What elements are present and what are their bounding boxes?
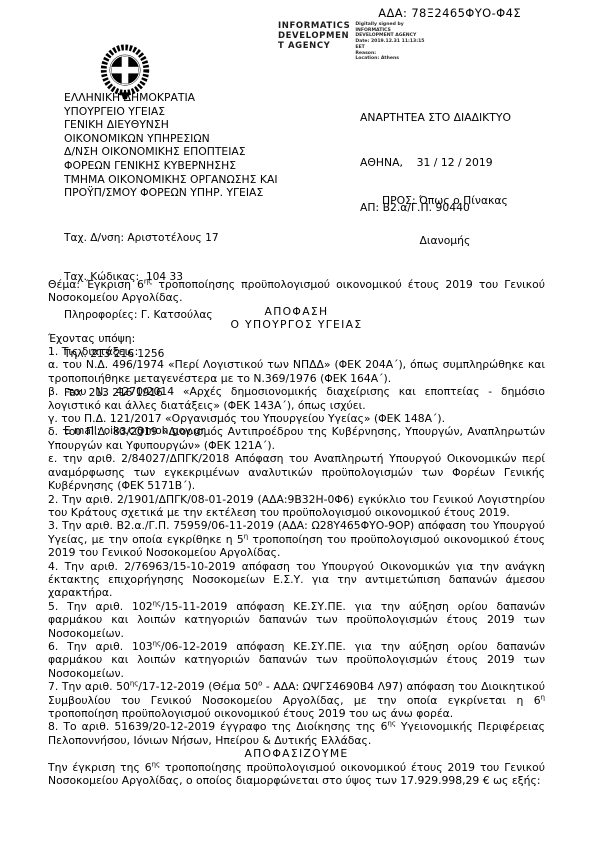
ada-code: ΑΔΑ: 78Ξ2465ΦΥΟ-Φ4Σ: [378, 6, 521, 20]
legal-subitem-a: α. του Ν.Δ. 496/1974 «Περί Λογιστικού τω…: [48, 358, 545, 385]
recipient-block: ΠΡΟΣ: Όπως ο Πίνακας Διανομής: [382, 167, 508, 274]
document-page: ΑΔΑ: 78Ξ2465ΦΥΟ-Φ4Σ INFORMATICS DEVELOPM…: [0, 0, 595, 842]
ministry-address-block: ΕΛΛΗΝΙΚΗ ΔΗΜΟΚΡΑΤΙΑ ΥΠΟΥΡΓΕΙΟ ΥΓΕΙΑΣ ΓΕΝ…: [64, 91, 278, 200]
legal-subitem-b: β. του Ν. 4270/2014 «Αρχές δημοσιονομική…: [48, 385, 545, 412]
legal-item-6: 6. Την αριθ. 103ης/06-12-2019 απόφαση ΚΕ…: [48, 640, 545, 680]
legal-item-7: 7. Την αριθ. 50ης/17-12-2019 (Θέμα 50ο -…: [48, 680, 545, 720]
digital-signature-stamp: INFORMATICS DEVELOPMEN T AGENCY Digitall…: [278, 21, 425, 62]
preamble-line: Έχοντας υπόψη:: [48, 332, 545, 345]
legal-item-1: 1. Τις διατάξεις:: [48, 345, 545, 358]
legal-subitem-e: ε. την αριθ. 2/84027/ΔΠΓΚ/2018 Απόφαση τ…: [48, 452, 545, 492]
closing-paragraph: Την έγκριση της 6ης τροποποίησης προϋπολ…: [48, 761, 545, 788]
legal-subitem-g: γ. του Π.Δ. 121/2017 «Οργανισμός του Υπο…: [48, 412, 545, 425]
recipient-line2: Διανομής: [382, 234, 508, 247]
legal-item-5: 5. Την αριθ. 102ης/15-11-2019 απόφαση ΚΕ…: [48, 600, 545, 640]
decision-heading: ΑΠΟΦΑΣΗ: [48, 305, 545, 318]
decide-heading: ΑΠΟΦΑΣΙΖΟΥΜΕ: [48, 747, 545, 760]
signature-agency-name: INFORMATICS DEVELOPMEN T AGENCY: [278, 21, 350, 62]
contact-address: Ταχ. Δ/νση: Αριστοτέλους 17: [64, 232, 219, 245]
legal-item-4: 4. Την αριθ. 2/76963/15-10-2019 απόφαση …: [48, 560, 545, 600]
minister-heading: Ο ΥΠΟΥΡΓΟΣ ΥΓΕΙΑΣ: [48, 318, 545, 331]
publish-note: ΑΝΑΡΤΗΤΕΑ ΣΤΟ ΔΙΑΔΙΚΤΥΟ: [360, 111, 511, 124]
legal-item-8: 8. Το αριθ. 51639/20-12-2019 έγγραφο της…: [48, 720, 545, 747]
legal-item-3: 3. Την αριθ. Β2.α./Γ.Π. 75959/06-11-2019…: [48, 519, 545, 559]
subject-line: Θέμα: Έγκριση 6ης τροποποίησης προϋπολογ…: [48, 278, 545, 305]
signature-details: Digitally signed by INFORMATICS DEVELOPM…: [355, 21, 424, 62]
document-body: Θέμα: Έγκριση 6ης τροποποίησης προϋπολογ…: [48, 278, 545, 787]
legal-item-2: 2. Την αριθ. 2/1901/ΔΠΓΚ/08-01-2019 (ΑΔΑ…: [48, 493, 545, 520]
legal-subitem-d: δ. του Π.Δ. 83/2019 «Διορισμός Αντιπροέδ…: [48, 425, 545, 452]
recipient-line1: ΠΡΟΣ: Όπως ο Πίνακας: [382, 194, 508, 207]
